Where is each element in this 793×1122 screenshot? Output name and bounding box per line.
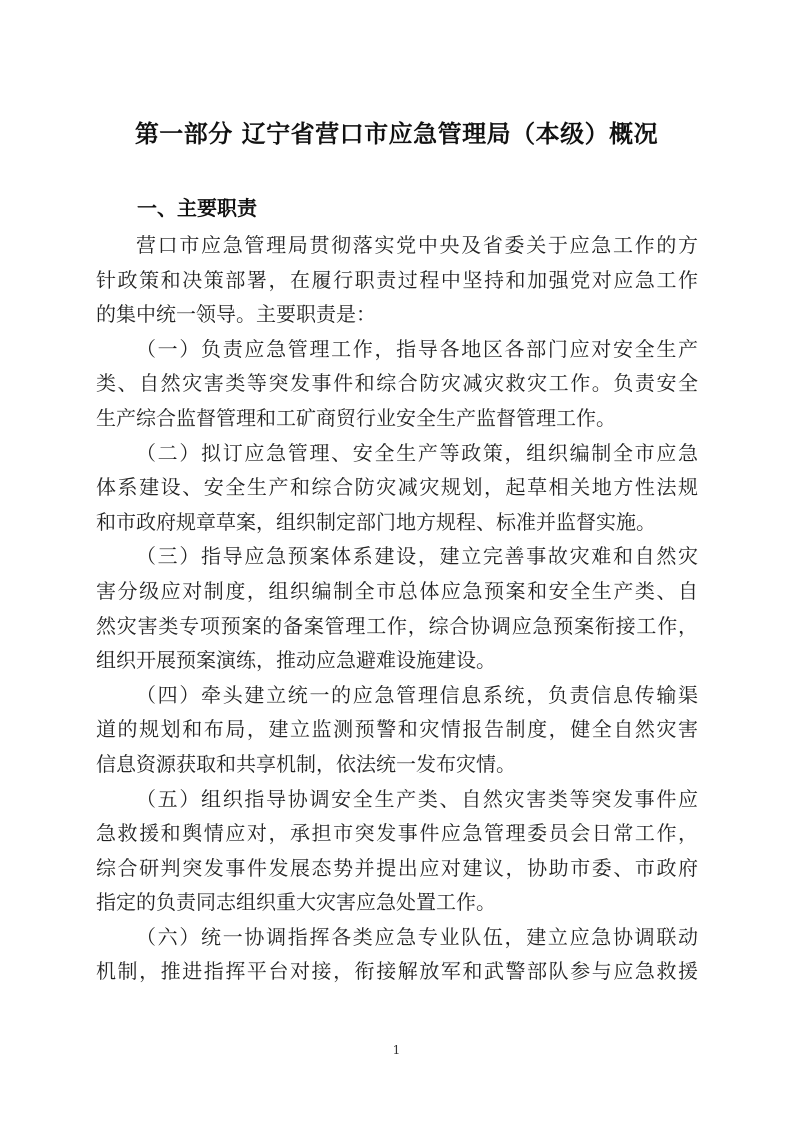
text-line: （二）拟订应急管理、安全生产等政策，组织编制全市应急 — [96, 436, 698, 471]
text-line: 急救援和舆情应对，承担市突发事件应急管理委员会日常工作， — [96, 816, 698, 851]
section-heading: 一、主要职责 — [137, 193, 257, 223]
text-line: （四）牵头建立统一的应急管理信息系统，负责信息传输渠 — [96, 678, 698, 713]
text-line: 害分级应对制度，组织编制全市总体应急预案和安全生产类、自 — [96, 574, 698, 609]
document-page: 第一部分 辽宁省营口市应急管理局（本级）概况 一、主要职责 营口市应急管理局贯彻… — [0, 0, 793, 1122]
text-line: 综合研判突发事件发展态势并提出应对建议，协助市委、市政府 — [96, 851, 698, 886]
text-line: 营口市应急管理局贯彻落实党中央及省委关于应急工作的方 — [96, 228, 698, 263]
text-line: 体系建设、安全生产和综合防灾减灾规划，起草相关地方性法规 — [96, 470, 698, 505]
text-line: 组织开展预案演练，推动应急避难设施建设。 — [96, 643, 698, 678]
text-line: 道的规划和布局，建立监测预警和灾情报告制度，健全自然灾害 — [96, 712, 698, 747]
text-line: 指定的负责同志组织重大灾害应急处置工作。 — [96, 885, 698, 920]
text-line: 类、自然灾害类等突发事件和综合防灾减灾救灾工作。负责安全 — [96, 366, 698, 401]
text-line: 然灾害类专项预案的备案管理工作，综合协调应急预案衔接工作， — [96, 609, 698, 644]
text-line: （五）组织指导协调安全生产类、自然灾害类等突发事件应 — [96, 782, 698, 817]
text-line: （一）负责应急管理工作，指导各地区各部门应对安全生产 — [96, 332, 698, 367]
page-title: 第一部分 辽宁省营口市应急管理局（本级）概况 — [0, 118, 793, 150]
text-line: （六）统一协调指挥各类应急专业队伍，建立应急协调联动 — [96, 920, 698, 955]
text-line: 机制，推进指挥平台对接，衔接解放军和武警部队参与应急救援 — [96, 954, 698, 989]
page-number: 1 — [0, 1043, 793, 1057]
text-line: （三）指导应急预案体系建设，建立完善事故灾难和自然灾 — [96, 539, 698, 574]
text-line: 生产综合监督管理和工矿商贸行业安全生产监督管理工作。 — [96, 401, 698, 436]
text-line: 针政策和决策部署，在履行职责过程中坚持和加强党对应急工作 — [96, 263, 698, 298]
text-line: 信息资源获取和共享机制，依法统一发布灾情。 — [96, 747, 698, 782]
text-line: 的集中统一领导。主要职责是： — [96, 297, 698, 332]
body-text: 营口市应急管理局贯彻落实党中央及省委关于应急工作的方 针政策和决策部署，在履行职… — [96, 228, 698, 989]
text-line: 和市政府规章草案，组织制定部门地方规程、标准并监督实施。 — [96, 505, 698, 540]
